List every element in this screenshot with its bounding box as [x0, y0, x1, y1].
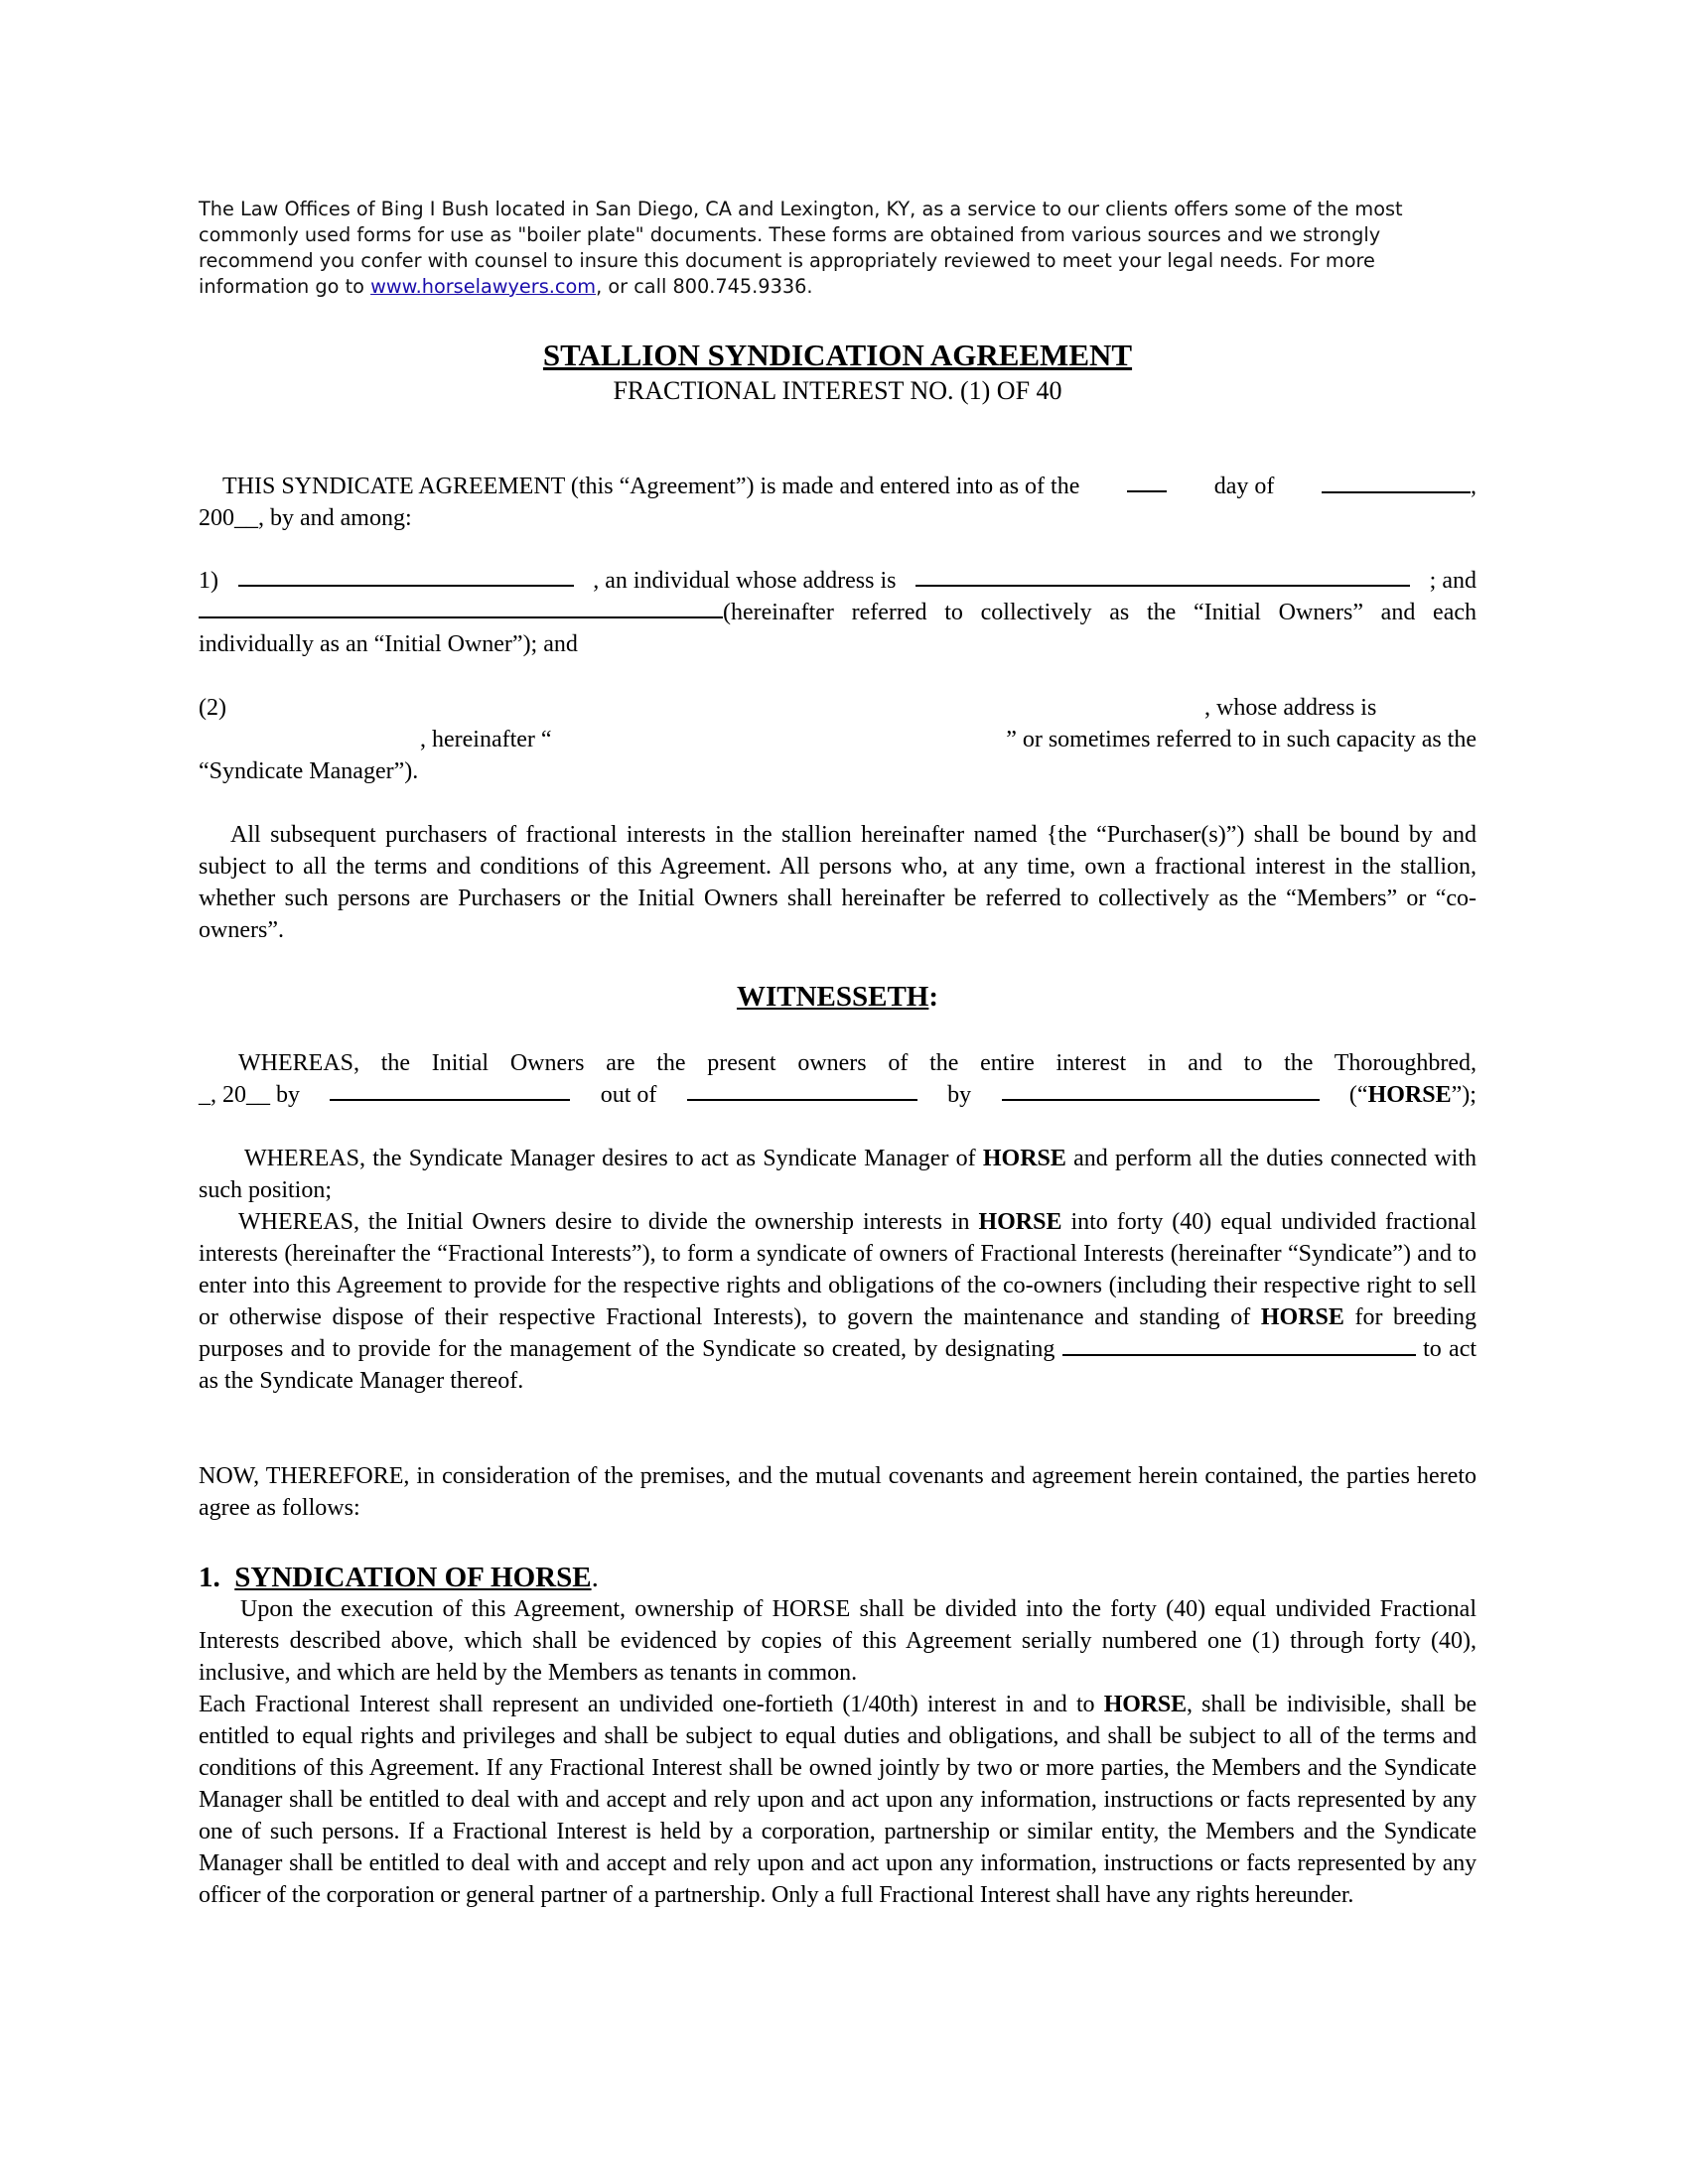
intro-line-2: 200__, by and among:: [199, 502, 1477, 534]
witnesseth-colon: :: [928, 981, 938, 1013]
sire-field[interactable]: [687, 1079, 917, 1101]
dam-field[interactable]: [1002, 1079, 1320, 1101]
horse-term: HORSE: [983, 1146, 1066, 1171]
whereas-1-paragraph: WHEREAS, the Initial Owners are the pres…: [199, 1047, 1477, 1111]
purchasers-text: All subsequent purchasers of fractional …: [199, 819, 1477, 946]
party-1-number: 1): [199, 565, 218, 597]
horse-term: HORSE: [1368, 1082, 1452, 1108]
foaling-date-field[interactable]: [330, 1079, 570, 1101]
section-1-paragraph-2: Each Fractional Interest shall represent…: [199, 1689, 1477, 1911]
party-1-text-b: ; and: [1430, 565, 1477, 597]
intro-text: THIS SYNDICATE AGREEMENT (this “Agreemen…: [199, 471, 1079, 502]
initial-owner-address-field[interactable]: [915, 565, 1410, 587]
whereas-1-text-b: out of: [601, 1079, 657, 1111]
purchasers-paragraph: All subsequent purchasers of fractional …: [199, 819, 1477, 946]
party-2-number: (2): [199, 695, 226, 721]
whereas-1-text-c: by: [947, 1079, 971, 1111]
initial-owner-name-field[interactable]: [238, 565, 574, 587]
document-subtitle: FRACTIONAL INTEREST NO. (1) OF 40: [199, 375, 1477, 407]
document-title: STALLION SYNDICATION AGREEMENT: [199, 338, 1477, 373]
month-blank-field[interactable]: [1322, 472, 1471, 493]
party-2-text-a: , whose address is: [1204, 692, 1376, 724]
intro-comma: ,: [1471, 474, 1477, 499]
party-2-text-d: “Syndicate Manager”).: [199, 755, 1477, 787]
section-1-body: Upon the execution of this Agreement, ow…: [199, 1593, 1477, 1911]
whereas-1-text-a: _, 20__ by: [199, 1079, 300, 1111]
whereas-2-paragraph: WHEREAS, the Syndicate Manager desires t…: [199, 1143, 1477, 1397]
initial-owner-name-2-field[interactable]: [199, 597, 723, 618]
website-link[interactable]: www.horselawyers.com: [370, 275, 596, 298]
day-blank-field[interactable]: [1127, 471, 1167, 492]
intro-day-of: day of: [1214, 471, 1275, 502]
party-1-paragraph: 1) , an individual whose address is ; an…: [199, 565, 1477, 660]
section-period: .: [592, 1562, 599, 1593]
party-1-text-a: , an individual whose address is: [593, 565, 896, 597]
section-1-paragraph-1: Upon the execution of this Agreement, ow…: [199, 1593, 1477, 1689]
party-1-text-c: (hereinafter referred to collectively as…: [723, 597, 1477, 628]
disclaimer-notice: The Law Offices of Bing I Bush located i…: [199, 197, 1489, 300]
intro-paragraph: THIS SYNDICATE AGREEMENT (this “Agreemen…: [199, 471, 1477, 534]
horse-term: HORSE: [1104, 1692, 1187, 1717]
witnesseth-heading: WITNESSETH:: [199, 979, 1477, 1015]
party-2-text-c: ” or sometimes referred to in such capac…: [1006, 724, 1477, 755]
quote-close: ”);: [1452, 1082, 1477, 1108]
intro-line-1: THIS SYNDICATE AGREEMENT (this “Agreemen…: [199, 471, 1477, 502]
now-therefore-text: NOW, THEREFORE, in consideration of the …: [199, 1460, 1477, 1524]
syndicate-manager-name-field[interactable]: [1062, 1334, 1416, 1356]
party-1-text-d: individually as an “Initial Owner”); and: [199, 628, 1477, 660]
party-2-text-b: , hereinafter “: [420, 724, 552, 755]
disclaimer-phone-text: , or call 800.745.9336.: [596, 275, 812, 298]
section-number: 1.: [199, 1562, 220, 1593]
whereas-1-line-1: WHEREAS, the Initial Owners are the pres…: [238, 1047, 1477, 1079]
now-therefore-paragraph: NOW, THEREFORE, in consideration of the …: [199, 1460, 1477, 1524]
whereas-2-text: WHEREAS, the Syndicate Manager desires t…: [199, 1143, 1477, 1206]
section-title: SYNDICATION OF HORSE: [234, 1562, 591, 1593]
witnesseth-title: WITNESSETH: [737, 981, 928, 1013]
horse-term: HORSE: [978, 1209, 1061, 1235]
whereas-3-text: WHEREAS, the Initial Owners desire to di…: [199, 1206, 1477, 1397]
party-2-paragraph: (2) , whose address is , hereinafter “ ”…: [199, 692, 1477, 787]
quote-open: (“: [1349, 1082, 1368, 1108]
horse-term: HORSE: [1261, 1304, 1344, 1330]
section-1-heading: 1. SYNDICATION OF HORSE.: [199, 1561, 599, 1594]
